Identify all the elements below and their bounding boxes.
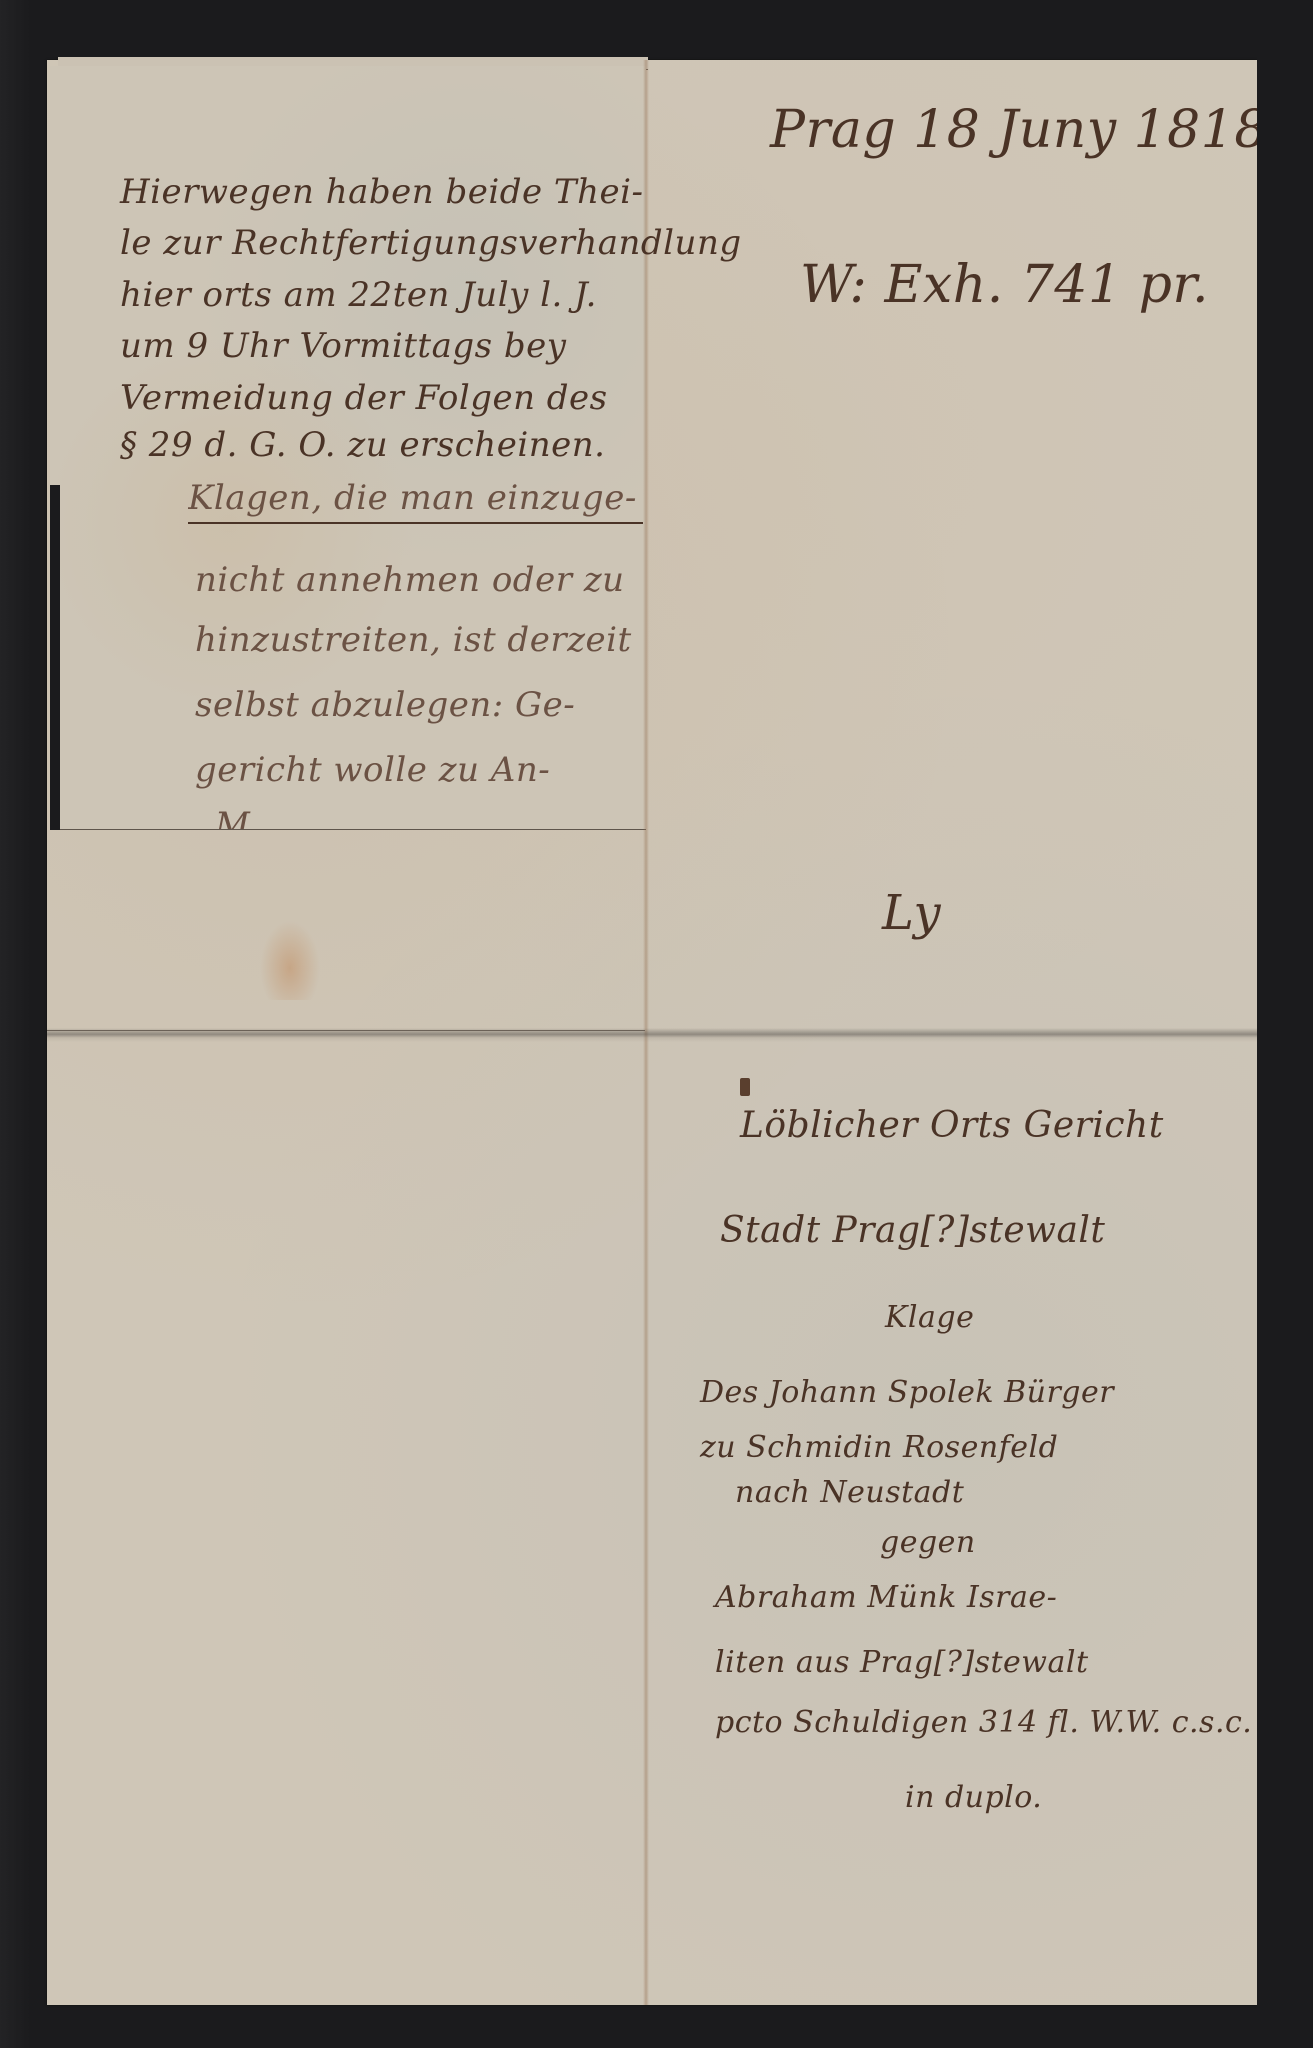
text-line: le zur Rechtfertigungsverhandlung (120, 223, 742, 263)
plaintiff-location-2: nach Neustadt (735, 1475, 964, 1510)
foxing-stain (260, 920, 320, 1000)
scan-border-right (1257, 0, 1313, 2048)
text-line: gericht wolle zu An- (195, 750, 643, 790)
court-name: Löblicher Orts Gericht (740, 1105, 1164, 1146)
place-date: Prag 18 Juny 1818. (770, 100, 1285, 160)
text-line: § 29 d. G. O. zu erscheinen. (120, 425, 605, 465)
fold-crease-left (47, 1030, 645, 1031)
text-line: hinzustreiten, ist derzeit (195, 620, 643, 660)
ink-blot (740, 1078, 750, 1096)
court-location: Stadt Prag[?]stewalt (720, 1210, 1105, 1251)
against-label: gegen (880, 1525, 976, 1560)
text-line-underlined: Klagen, die man einzuge- (188, 478, 643, 524)
plaintiff: Des Johann Spolek Bürger (700, 1375, 1114, 1410)
plaintiff-location: zu Schmidin Rosenfeld (700, 1430, 1058, 1465)
text-line: Vermeidung der Folgen des (120, 378, 608, 418)
text-line: hier orts am 22ten July l. J. (120, 275, 597, 315)
document-type: Klage (885, 1300, 974, 1335)
exhibit-number: W: Exh. 741 pr. (800, 255, 1209, 315)
text-line-cut: M... .... (215, 805, 643, 829)
paraph-mark: Ly (882, 885, 941, 941)
claim-amount: pcto Schuldigen 314 fl. W.W. c.s.c. (715, 1705, 1252, 1740)
text-line: selbst abzulegen: Ge- (195, 685, 643, 725)
copy-count: in duplo. (905, 1780, 1042, 1815)
text-line: nicht annehmen oder zu (195, 560, 643, 600)
defendant-location: liten aus Prag[?]stewalt (715, 1645, 1089, 1680)
defendant: Abraham Münk Israe- (715, 1580, 1057, 1615)
flap-notch (50, 485, 60, 830)
text-line: Hierwegen haben beide Thei- (120, 172, 643, 212)
text-line: um 9 Uhr Vormittags bey (120, 326, 566, 366)
